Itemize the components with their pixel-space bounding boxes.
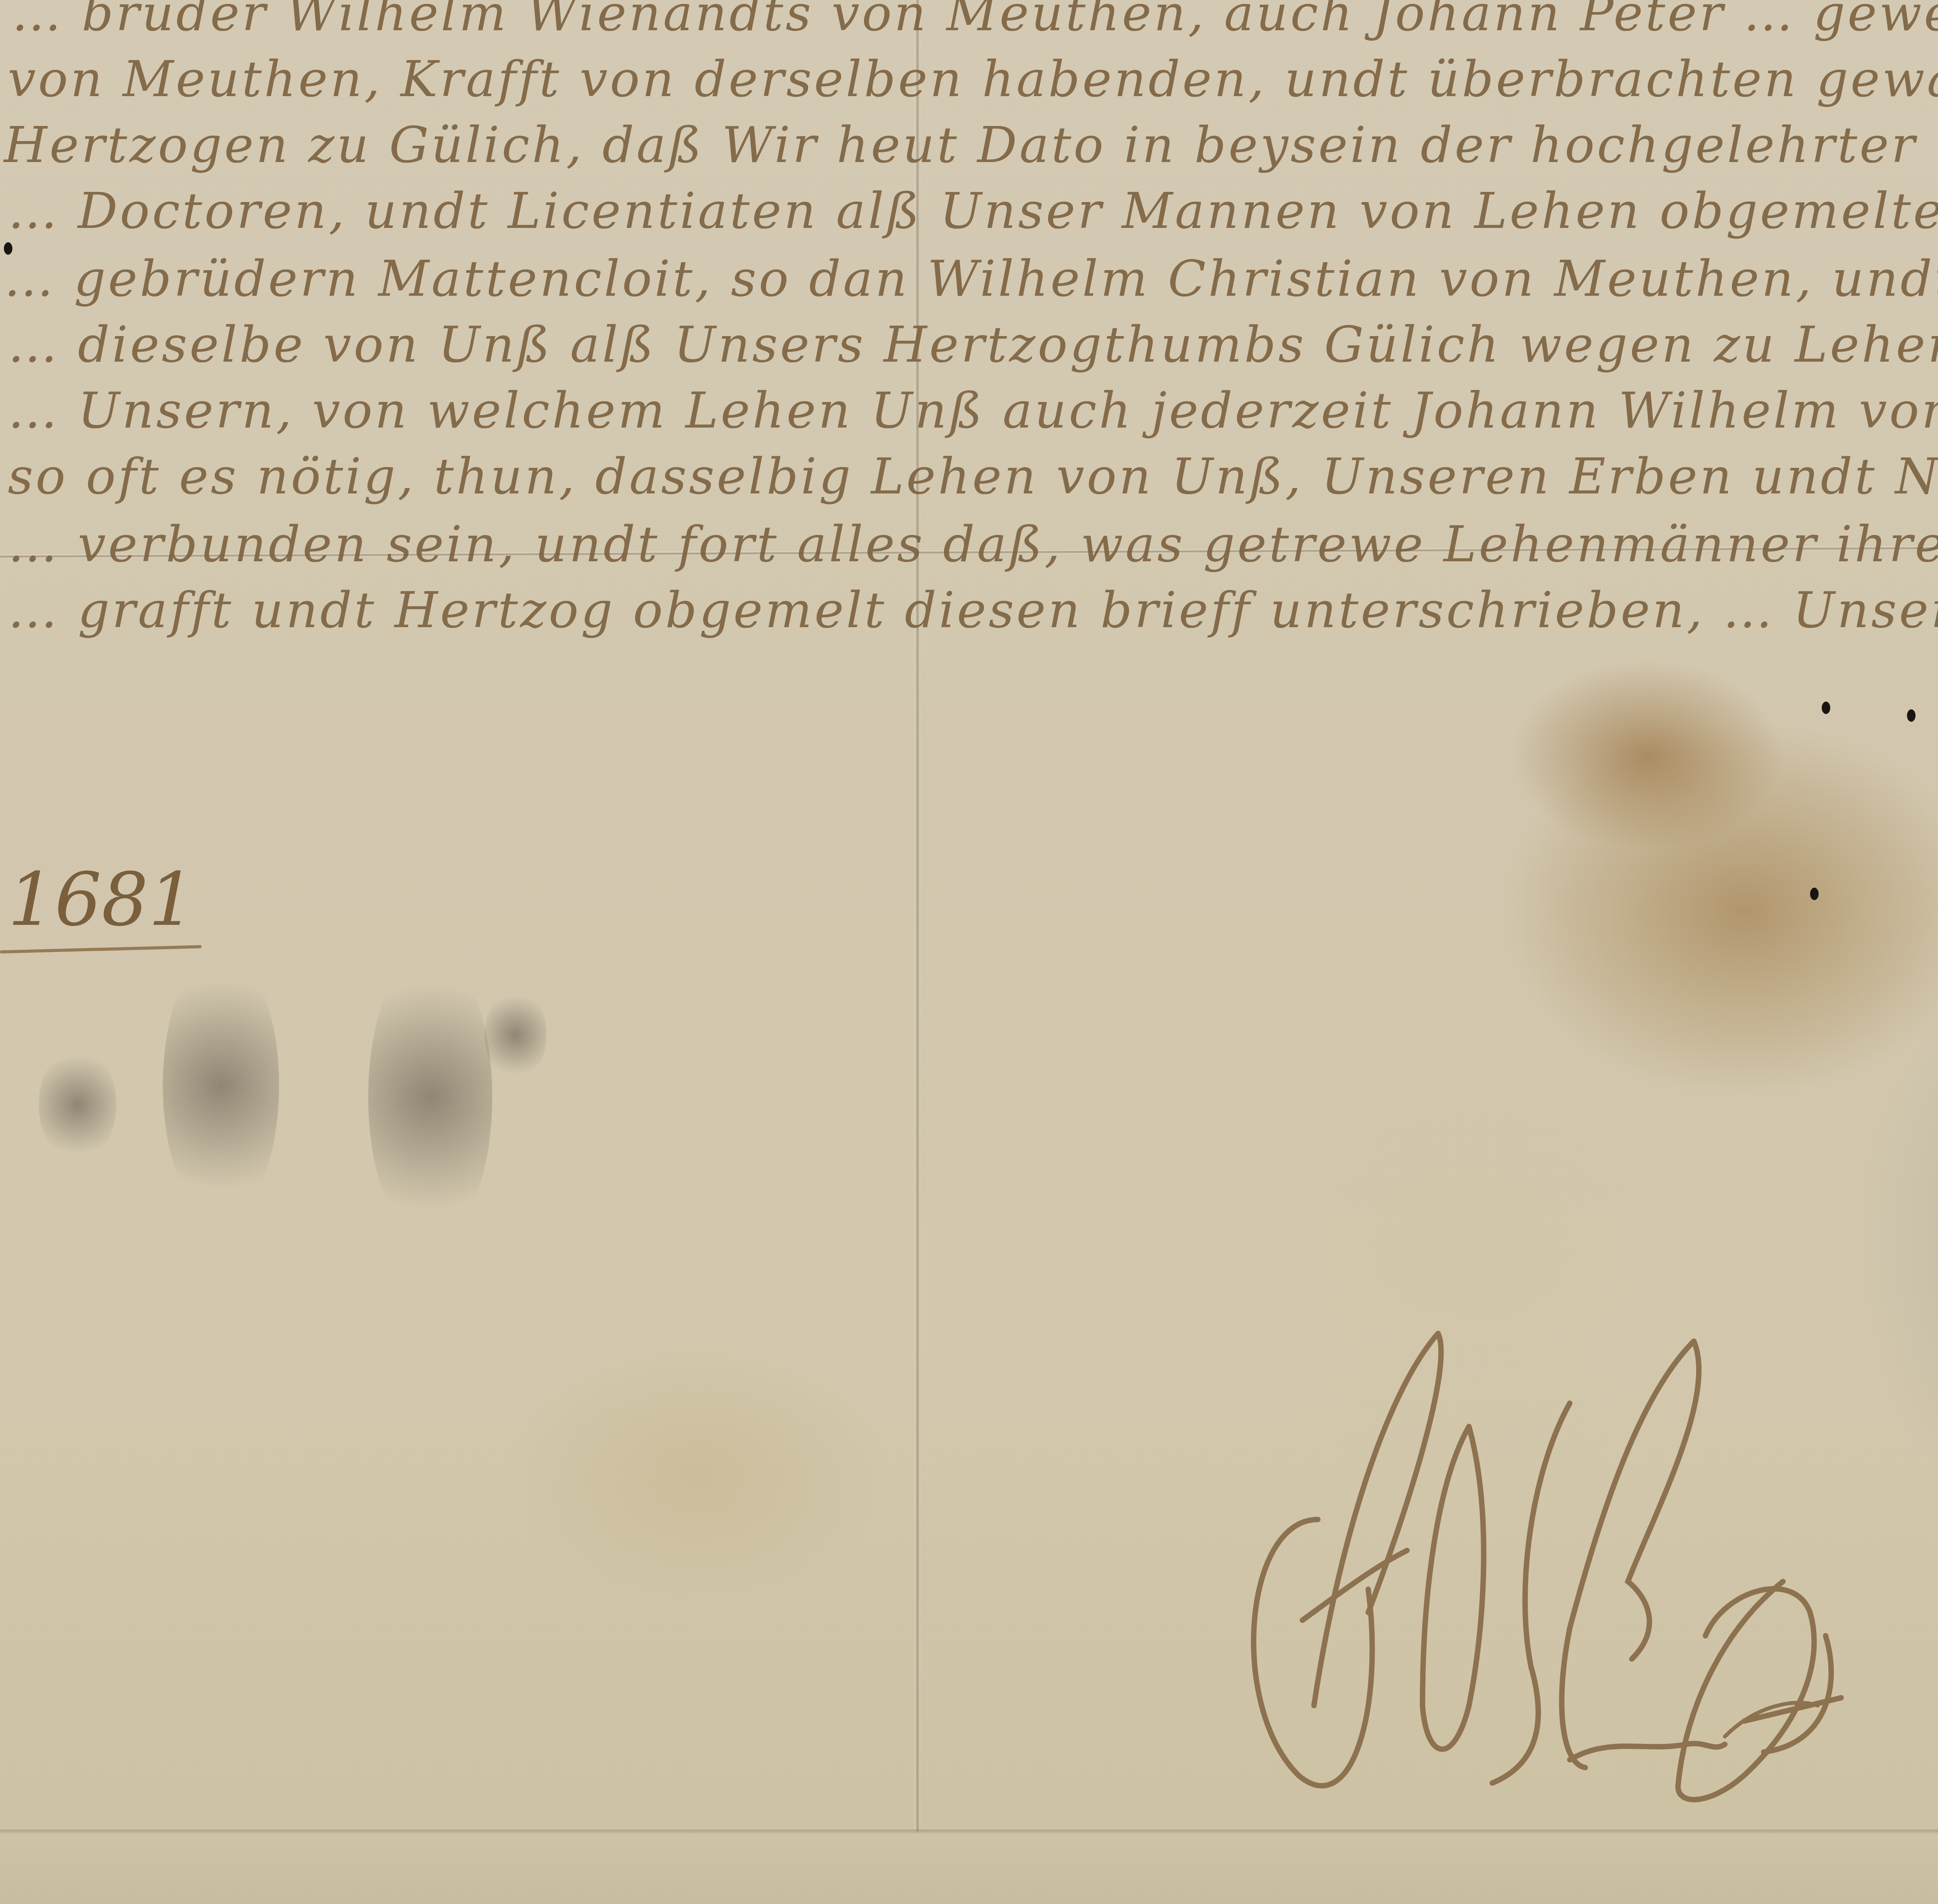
folded-bottom-edge [0, 1830, 1938, 1904]
text-line-5: … gebrüdern Mattencloit, so dan Wilhelm … [4, 250, 1938, 308]
ink-hole [1907, 709, 1916, 722]
ink-hole [1822, 702, 1830, 714]
mold-spot [39, 1047, 116, 1163]
text-line-10: … grafft undt Hertzog obgemelt diesen br… [8, 581, 1938, 639]
text-line-8: so oft es nötig, thun, dasselbig Lehen v… [8, 448, 1938, 505]
date-year: 1681 [8, 857, 195, 942]
ink-hole [1810, 888, 1819, 900]
text-line-7: … Unsern, von welchem Lehen Unß auch jed… [8, 382, 1938, 440]
mold-spot [368, 950, 492, 1244]
text-line-3: Hertzogen zu Gülich, daß Wir heut Dato i… [4, 116, 1938, 174]
mold-spot [163, 950, 279, 1221]
text-line-2: von Meuthen, Krafft von derselben habend… [8, 50, 1938, 108]
mold-spot [484, 988, 547, 1081]
signature-flourish [1221, 1318, 1938, 1802]
text-line-4: … Doctoren, undt Licentiaten alß Unser M… [8, 182, 1938, 240]
text-line-1: … bruder Wilhelm Wienandts von Meuthen, … [12, 0, 1938, 42]
text-line-6: … dieselbe von Unß alß Unsers Hertzogthu… [8, 316, 1938, 374]
text-line-9: … verbunden sein, undt fort alles daß, w… [8, 516, 1938, 573]
ink-hole [4, 242, 12, 255]
